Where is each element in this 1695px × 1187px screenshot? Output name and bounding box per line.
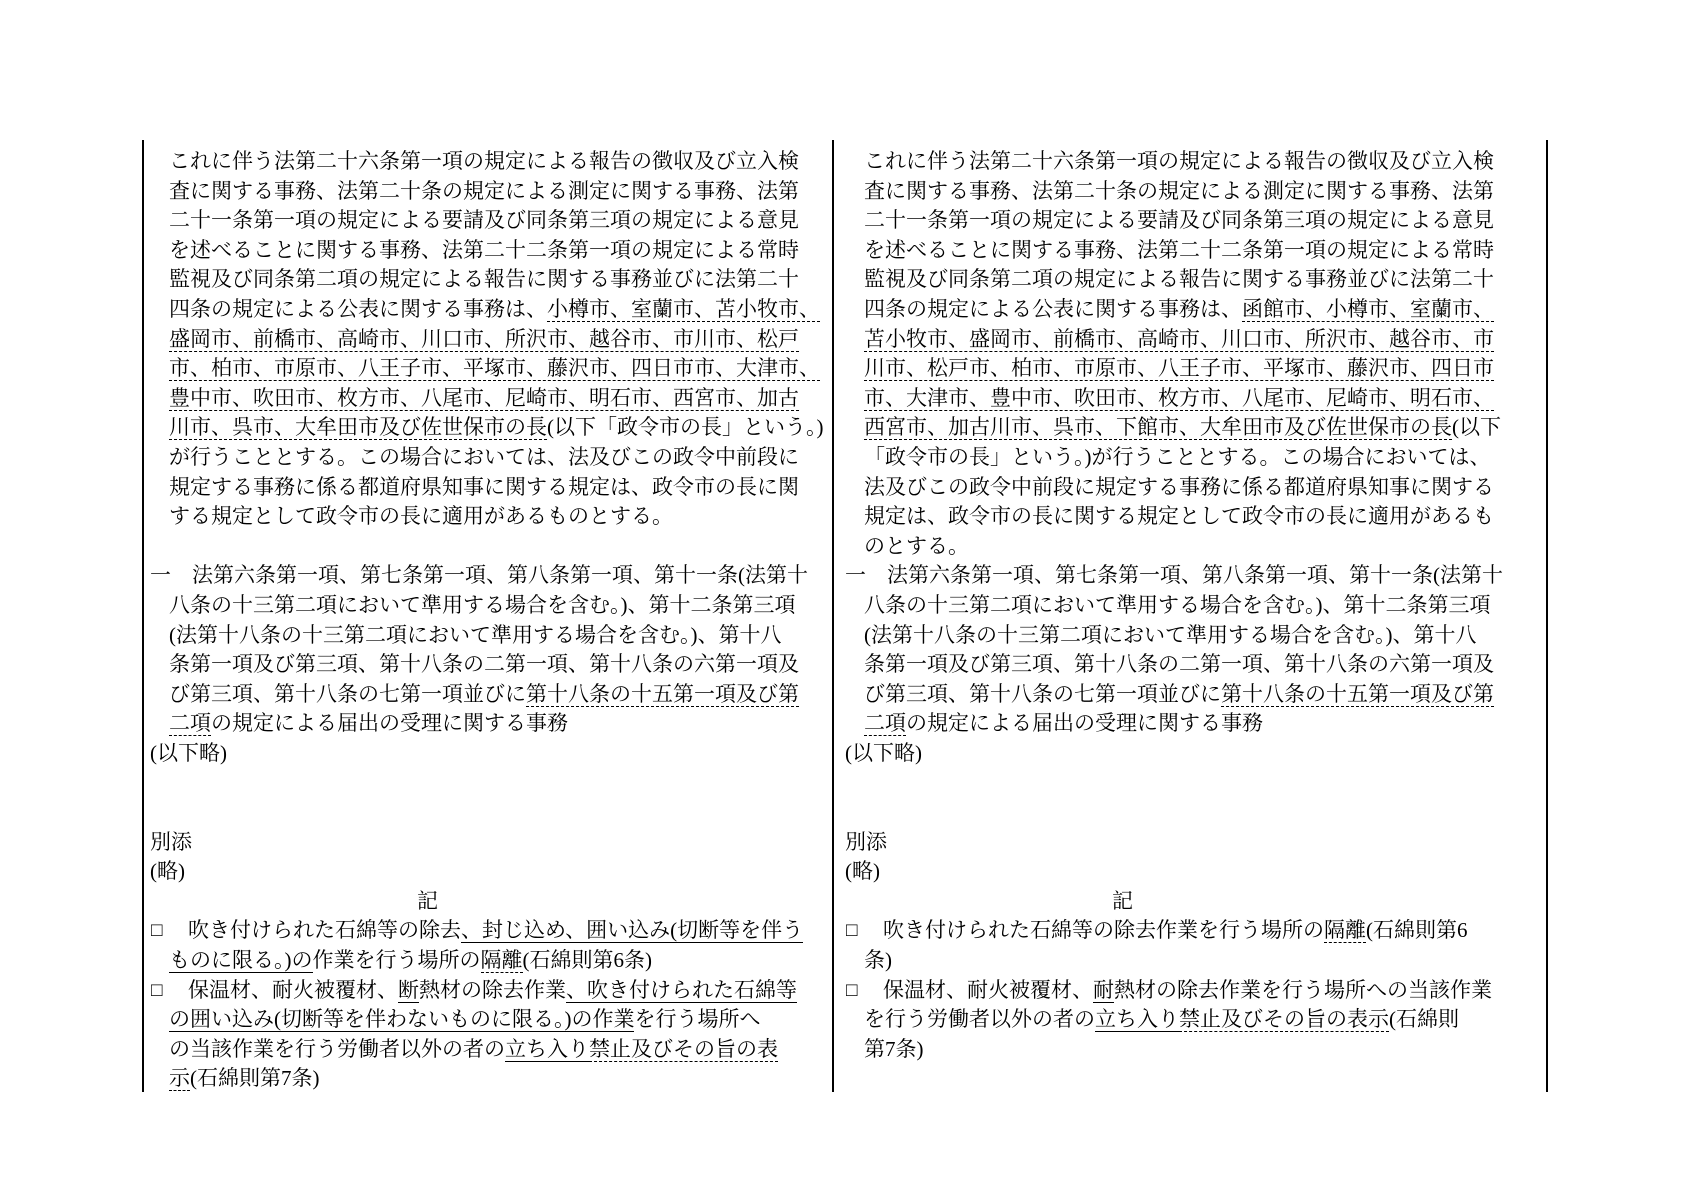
underlined-text: 立ち入り: [1095, 1007, 1179, 1032]
text-line: (略): [845, 857, 1531, 887]
dash-underlined-text: 小樽市、室蘭市、苫小牧市、: [547, 297, 820, 322]
underlined-text: 立ち入り: [505, 1037, 589, 1062]
text-line: 規定する事務に係る都道府県知事に関する規定は、政令市の長に関: [150, 473, 836, 503]
checkbox-line: □吹き付けられた石綿等の除去作業を行う場所の隔離(石綿則第6: [845, 916, 1531, 946]
text-line: 条第一項及び第三項、第十八条の二第一項、第十八条の六第一項及: [845, 650, 1531, 680]
text-segment: 条第一項及び第三項、第十八条の二第一項、第十八条の六第一項及: [864, 652, 1494, 676]
text-segment: び第三項、第十八条の七第一項並びに: [169, 682, 526, 706]
text-segment: これに伴う法第二十六条第一項の規定による報告の徴収及び立入検: [169, 149, 799, 173]
dash-underlined-text: 示: [169, 1066, 190, 1091]
text-line: (略): [150, 857, 836, 887]
text-line: が行うこととする。この場合においては、法及びこの政令中前段に: [150, 443, 836, 473]
blank-line: [150, 768, 836, 798]
checkbox-line: □保温材、耐火被覆材、耐熱材の除去作業を行う場所への当該作業: [845, 976, 1531, 1006]
text-segment: (石綿則第7条): [190, 1066, 320, 1090]
text-segment: これに伴う法第二十六条第一項の規定による報告の徴収及び立入検: [864, 149, 1494, 173]
text-line: 苫小牧市、盛岡市、前橋市、高崎市、川口市、所沢市、越谷市、市: [845, 325, 1531, 355]
text-segment: 四条の規定による公表に関する事務は、: [864, 297, 1242, 321]
text-line: 市、柏市、市原市、八王子市、平塚市、藤沢市、四日市市、大津市、: [150, 354, 836, 384]
text-line: び第三項、第十八条の七第一項並びに第十八条の十五第一項及び第: [845, 680, 1531, 710]
text-line: 一 法第六条第一項、第七条第一項、第八条第一項、第十一条(法第十: [150, 561, 836, 591]
text-segment: 二十一条第一項の規定による要請及び同条第三項の規定による意見: [169, 208, 799, 232]
text-segment: 熱材の除去作業を行う場所への当該作業: [1114, 978, 1492, 1002]
text-line: 別添: [150, 828, 836, 858]
text-line: 二十一条第一項の規定による要請及び同条第三項の規定による意見: [150, 206, 836, 236]
blank-line: [150, 798, 836, 828]
text-segment: (略): [150, 859, 185, 883]
text-segment: する規定として政令市の長に適用があるものとする。: [169, 504, 673, 528]
text-segment: 記: [1112, 889, 1133, 913]
underlined-text: ものに限る。)の: [169, 948, 313, 973]
text-line: 一 法第六条第一項、第七条第一項、第八条第一項、第十一条(法第十: [845, 561, 1531, 591]
text-segment: 監視及び同条第二項の規定による報告に関する事務並びに法第二十: [169, 267, 799, 291]
text-segment: 八条の十三第二項において準用する場合を含む。)、第十二条第三項: [864, 593, 1491, 617]
text-line: 二項の規定による届出の受理に関する事務: [845, 709, 1531, 739]
text-line: を述べることに関する事務、法第二十二条第一項の規定による常時: [845, 236, 1531, 266]
text-segment: 一 法第六条第一項、第七条第一項、第八条第一項、第十一条(法第十: [845, 563, 1503, 587]
dash-underlined-text: 第十八条の十五第一項及び第: [1221, 682, 1494, 707]
text-segment: 条): [864, 948, 892, 972]
text-segment: (石綿則: [1389, 1007, 1459, 1031]
dash-underlined-text: 禁止及びその旨の表: [589, 1037, 778, 1062]
text-segment: を述べることに関する事務、法第二十二条第一項の規定による常時: [169, 238, 799, 262]
text-line: これに伴う法第二十六条第一項の規定による報告の徴収及び立入検: [150, 147, 836, 177]
text-segment: を行う労働者以外の者の: [864, 1007, 1095, 1031]
text-segment: び第三項、第十八条の七第一項並びに: [864, 682, 1221, 706]
checkbox-icon: □: [151, 976, 162, 1006]
checkbox-line: □保温材、耐火被覆材、断熱材の除去作業、吹き付けられた石綿等: [150, 976, 836, 1006]
text-line: 盛岡市、前橋市、高崎市、川口市、所沢市、越谷市、市川市、松戸: [150, 325, 836, 355]
text-line: を述べることに関する事務、法第二十二条第一項の規定による常時: [150, 236, 836, 266]
text-segment: 別添: [845, 830, 887, 854]
text-segment: 吹き付けられた石綿等の除去作業を行う場所の: [883, 918, 1324, 942]
left-column: これに伴う法第二十六条第一項の規定による報告の徴収及び立入検査に関する事務、法第…: [150, 147, 836, 1094]
text-line: (法第十八条の十三第二項において準用する場合を含む。)、第十八: [150, 621, 836, 651]
text-segment: のとする。: [864, 534, 969, 558]
text-segment: 査に関する事務、法第二十条の規定による測定に関する事務、法第: [169, 179, 799, 203]
dash-underlined-text: 川市、松戸市、柏市、市原市、八王子市、平塚市、藤沢市、四日市: [864, 356, 1494, 381]
text-segment: の当該作業を行う労働者以外の者の: [169, 1037, 505, 1061]
text-segment: 八条の十三第二項において準用する場合を含む。)、第十二条第三項: [169, 593, 796, 617]
dash-underlined-text: 隔離: [481, 948, 523, 973]
text-segment: 作業を行う場所の: [313, 948, 481, 972]
text-segment: 規定する事務に係る都道府県知事に関する規定は、政令市の長に関: [169, 475, 799, 499]
text-line: 規定は、政令市の長に関する規定として政令市の長に適用があるも: [845, 502, 1531, 532]
text-line: 四条の規定による公表に関する事務は、小樽市、室蘭市、苫小牧市、: [150, 295, 836, 325]
text-segment: 吹き付けられた石綿等の除去: [188, 918, 461, 942]
dash-underlined-text: 豊中市、吹田市、枚方市、八尾市、尼崎市、明石市、西宮市、加古: [169, 386, 799, 411]
text-segment: 「政令市の長」という。)が行うこととする。この場合においては、: [864, 445, 1491, 469]
text-line: 豊中市、吹田市、枚方市、八尾市、尼崎市、明石市、西宮市、加古: [150, 384, 836, 414]
text-line: 市、大津市、豊中市、吹田市、枚方市、八尾市、尼崎市、明石市、: [845, 384, 1531, 414]
text-segment: の規定による届出の受理に関する事務: [906, 711, 1263, 735]
text-segment: (法第十八条の十三第二項において準用する場合を含む。)、第十八: [864, 623, 1476, 647]
text-segment: の規定による届出の受理に関する事務: [211, 711, 568, 735]
text-line: 監視及び同条第二項の規定による報告に関する事務並びに法第二十: [845, 265, 1531, 295]
text-line: 西宮市、加古川市、呉市、下館市、大牟田市及び佐世保市の長(以下: [845, 413, 1531, 443]
text-segment: 保温材、耐火被覆材、: [883, 978, 1093, 1002]
text-segment: 一 法第六条第一項、第七条第一項、第八条第一項、第十一条(法第十: [150, 563, 808, 587]
text-segment: を行う場所へ: [634, 1007, 760, 1031]
text-segment: 条第一項及び第三項、第十八条の二第一項、第十八条の六第一項及: [169, 652, 799, 676]
underlined-text: 断: [398, 978, 419, 1003]
dash-underlined-text: 苫小牧市、盛岡市、前橋市、高崎市、川口市、所沢市、越谷市、市: [864, 327, 1494, 352]
dash-underlined-text: 第十八条の十五第一項及び第: [526, 682, 799, 707]
dash-underlined-text: 盛岡市、前橋市、高崎市、川口市、所沢市、越谷市、市川市、松戸: [169, 327, 799, 352]
text-segment: 規定は、政令市の長に関する規定として政令市の長に適用があるも: [864, 504, 1494, 528]
text-line: 記: [845, 887, 1531, 917]
text-segment: (以下: [1452, 415, 1501, 439]
blank-line: [845, 768, 1531, 798]
text-line: のとする。: [845, 532, 1531, 562]
text-line: 二十一条第一項の規定による要請及び同条第三項の規定による意見: [845, 206, 1531, 236]
text-line: これに伴う法第二十六条第一項の規定による報告の徴収及び立入検: [845, 147, 1531, 177]
text-line: する規定として政令市の長に適用があるものとする。: [150, 502, 836, 532]
dash-underlined-text: 函館市、小樽市、室蘭市、: [1242, 297, 1494, 322]
text-line: の当該作業を行う労働者以外の者の立ち入り禁止及びその旨の表: [150, 1035, 836, 1065]
dash-underlined-text: 川市、呉市、大牟田市及び佐世保市の長: [169, 415, 547, 440]
text-line: 条第一項及び第三項、第十八条の二第一項、第十八条の六第一項及: [150, 650, 836, 680]
text-line: 別添: [845, 828, 1531, 858]
text-line: 川市、松戸市、柏市、市原市、八王子市、平塚市、藤沢市、四日市: [845, 354, 1531, 384]
text-segment: 保温材、耐火被覆材、: [188, 978, 398, 1002]
text-line: 八条の十三第二項において準用する場合を含む。)、第十二条第三項: [845, 591, 1531, 621]
underlined-text: 、吹き付けられた石綿等: [566, 978, 797, 1003]
text-line: 査に関する事務、法第二十条の規定による測定に関する事務、法第: [845, 177, 1531, 207]
text-segment: 査に関する事務、法第二十条の規定による測定に関する事務、法第: [864, 179, 1494, 203]
column-border-left: [142, 140, 144, 1092]
text-line: 四条の規定による公表に関する事務は、函館市、小樽市、室蘭市、: [845, 295, 1531, 325]
text-segment: 二十一条第一項の規定による要請及び同条第三項の規定による意見: [864, 208, 1494, 232]
text-line: 査に関する事務、法第二十条の規定による測定に関する事務、法第: [150, 177, 836, 207]
text-segment: 別添: [150, 830, 192, 854]
text-segment: (以下略): [845, 741, 922, 765]
text-segment: (法第十八条の十三第二項において準用する場合を含む。)、第十八: [169, 623, 781, 647]
text-line: (以下略): [845, 739, 1531, 769]
dash-underlined-text: 二項: [169, 711, 211, 736]
text-line: 条): [845, 946, 1531, 976]
text-segment: を述べることに関する事務、法第二十二条第一項の規定による常時: [864, 238, 1494, 262]
text-line: び第三項、第十八条の七第一項並びに第十八条の十五第一項及び第: [150, 680, 836, 710]
text-segment: (以下「政令市の長」という。): [547, 415, 824, 439]
text-line: 「政令市の長」という。)が行うこととする。この場合においては、: [845, 443, 1531, 473]
text-segment: (石綿則第6: [1366, 918, 1468, 942]
text-segment: (石綿則第6条): [523, 948, 653, 972]
text-line: 示(石綿則第7条): [150, 1064, 836, 1094]
dash-underlined-text: 市、柏市、市原市、八王子市、平塚市、藤沢市、四日市市、大津市、: [169, 356, 820, 381]
checkbox-icon: □: [846, 976, 857, 1006]
text-line: 第7条): [845, 1035, 1531, 1065]
right-column: これに伴う法第二十六条第一項の規定による報告の徴収及び立入検査に関する事務、法第…: [845, 147, 1531, 1064]
dash-underlined-text: 市、大津市、豊中市、吹田市、枚方市、八尾市、尼崎市、明石市、: [864, 386, 1494, 411]
text-line: 八条の十三第二項において準用する場合を含む。)、第十二条第三項: [150, 591, 836, 621]
text-line: ものに限る。)の作業を行う場所の隔離(石綿則第6条): [150, 946, 836, 976]
checkbox-line: □吹き付けられた石綿等の除去、封じ込め、囲い込み(切断等を伴う: [150, 916, 836, 946]
text-segment: (以下略): [150, 741, 227, 765]
text-line: 監視及び同条第二項の規定による報告に関する事務並びに法第二十: [150, 265, 836, 295]
text-segment: 四条の規定による公表に関する事務は、: [169, 297, 547, 321]
column-border-right: [1546, 140, 1548, 1092]
text-line: の囲い込み(切断等を伴わないものに限る。)の作業を行う場所へ: [150, 1005, 836, 1035]
text-segment: 監視及び同条第二項の規定による報告に関する事務並びに法第二十: [864, 267, 1494, 291]
dash-underlined-text: 禁止及びその旨の表示: [1179, 1007, 1389, 1032]
text-line: 法及びこの政令中前段に規定する事務に係る都道府県知事に関する: [845, 473, 1531, 503]
text-segment: 記: [417, 889, 438, 913]
dash-underlined-text: 隔離: [1324, 918, 1366, 943]
text-line: を行う労働者以外の者の立ち入り禁止及びその旨の表示(石綿則: [845, 1005, 1531, 1035]
text-segment: が行うこととする。この場合においては、法及びこの政令中前段に: [169, 445, 799, 469]
checkbox-icon: □: [151, 916, 162, 946]
blank-line: [150, 532, 836, 562]
text-line: (以下略): [150, 739, 836, 769]
text-segment: 法及びこの政令中前段に規定する事務に係る都道府県知事に関する: [864, 475, 1494, 499]
dash-underlined-text: 二項: [864, 711, 906, 736]
text-line: 川市、呉市、大牟田市及び佐世保市の長(以下「政令市の長」という。): [150, 413, 836, 443]
text-segment: (略): [845, 859, 880, 883]
text-line: 二項の規定による届出の受理に関する事務: [150, 709, 836, 739]
text-line: 記: [150, 887, 836, 917]
dash-underlined-text: 西宮市、加古川市、呉市、下館市、大牟田市及び佐世保市の長: [864, 415, 1452, 440]
underlined-text: 耐: [1093, 978, 1114, 1003]
text-segment: 熱材の除去作業: [419, 978, 566, 1002]
underlined-text: の囲い込み(切断等を伴わないものに限る。)の作業: [169, 1007, 634, 1032]
underlined-text: 、封じ込め、囲い込み(切断等を伴う: [461, 918, 803, 943]
text-segment: 第7条): [864, 1037, 924, 1061]
checkbox-icon: □: [846, 916, 857, 946]
blank-line: [845, 798, 1531, 828]
text-line: (法第十八条の十三第二項において準用する場合を含む。)、第十八: [845, 621, 1531, 651]
